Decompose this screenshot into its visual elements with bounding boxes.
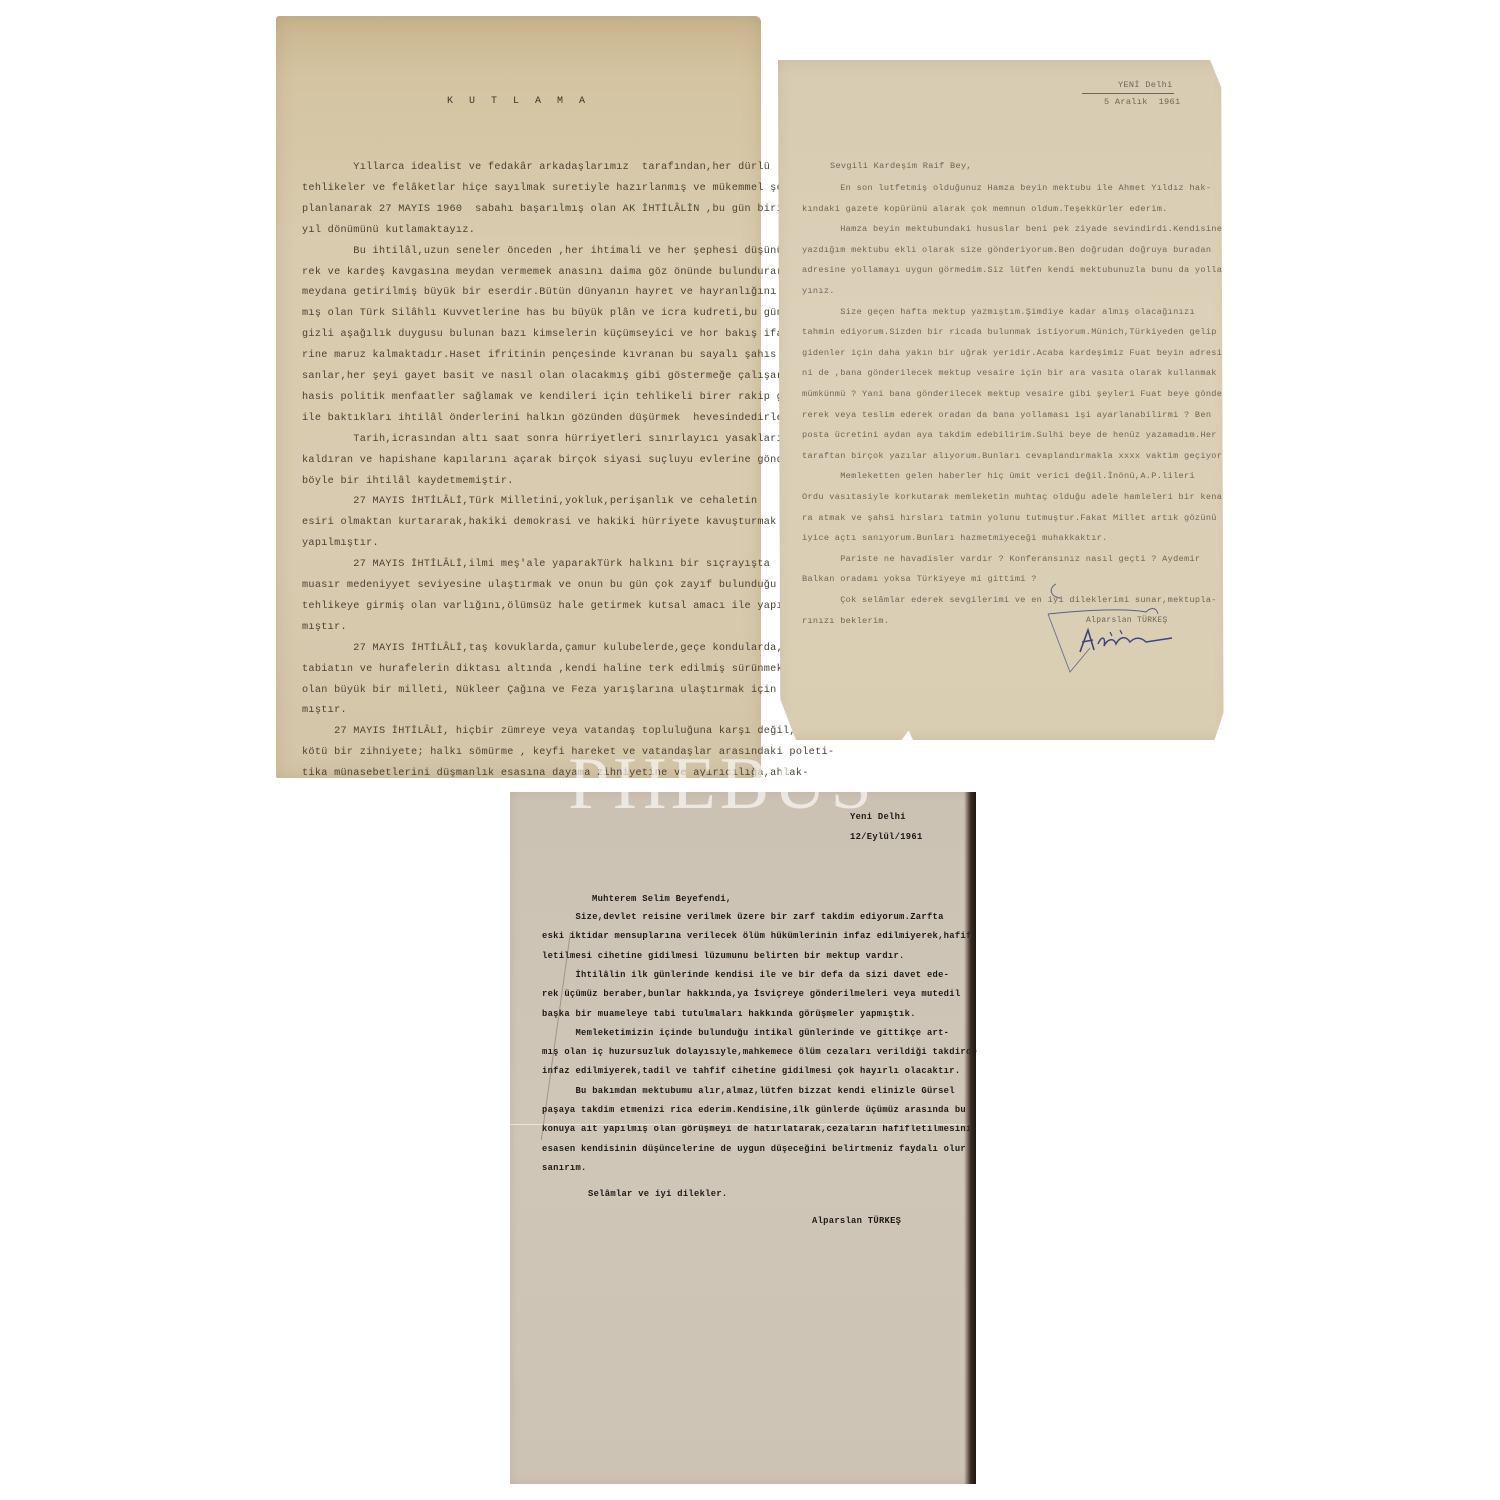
text-line: Pariste ne havadisler vardır ? Konferans… <box>802 554 1200 564</box>
text-line: Tarih,icrasından altı saat sonra hürriye… <box>302 434 783 445</box>
text-line: paşaya takdim etmenizi rica ederim.Kendi… <box>542 1105 966 1115</box>
text-line: Bu bakımdan mektubumu alır,almaz,lütfen … <box>542 1086 955 1096</box>
text-line: böyle bir ihtilâl kaydetmemiştir. <box>302 476 514 487</box>
text-line: tahmin ediyorum.Sizden bir ricada bulunm… <box>802 327 1217 337</box>
letter-selim-beyefendi: Yeni Delhi 12/Eylül/1961 Muhterem Selim … <box>510 792 976 1484</box>
text-line: tehlikeye girmiş olan varlığını,ölümsüz … <box>302 601 796 612</box>
text-line: Size geçen hafta mektup yazmıştım.Şimdiy… <box>802 307 1195 317</box>
text-line: mış olan Türk Silâhlı Kuvvetlerine has b… <box>302 308 828 319</box>
text-line: esasen kendisinin düşüncelerine de uygun… <box>542 1144 966 1154</box>
pen-mark-icon <box>1038 580 1078 610</box>
text-line: kaldıran ve hapishane kapılarını açarak … <box>302 455 809 466</box>
text-line: Memleketimizin içinde bulunduğu intikal … <box>542 1028 949 1038</box>
place-underline <box>1082 93 1174 94</box>
text-line: planlanarak 27 MAYIS 1960 sabahı başarıl… <box>302 204 802 215</box>
text-line: kındaki gazete kopürünü alarak çok memnu… <box>802 204 1168 214</box>
letter-date: 12/Eylül/1961 <box>850 832 923 842</box>
letter-raif-bey: YENİ Delhi 5 Aralık 1961 Sevgili Kardeşi… <box>778 60 1228 740</box>
text-line: Bu ihtilâl,uzun seneler önceden ,her iht… <box>302 246 809 257</box>
letter-salutation: Sevgili Kardeşim Raif Bey, <box>830 161 972 171</box>
text-line: Yıllarca idealist ve fedakâr arkadaşları… <box>302 162 770 173</box>
text-line: rek üçümüz beraber,bunlar hakkında,ya İs… <box>542 989 960 999</box>
text-line: yapılmıştır. <box>302 538 379 549</box>
text-line: 27 MAYIS İHTİLÂLİ,ilmi meş'ale yaparakTü… <box>302 559 770 570</box>
text-line: Memleketten gelen haberler hiç ümit veri… <box>802 471 1195 481</box>
text-line: hasis politik menfaatler sağlamak ve ken… <box>302 392 802 403</box>
letter-date: 5 Aralık 1961 <box>1104 97 1180 107</box>
text-line: meydana getirilmiş büyük bir eserdir.Büt… <box>302 287 822 298</box>
text-line: kötü bir zihniyete; halkı sömürme , keyf… <box>302 747 834 758</box>
text-line: rek ve kardeş kavgasına meydan vermemek … <box>302 267 796 278</box>
text-line: infaz edilmiyerek,tadil ve tahfif ciheti… <box>542 1066 960 1076</box>
document-kutlama: K U T L A M A Yıllarca idealist ve fedak… <box>276 16 761 778</box>
letter-place: YENİ Delhi <box>1118 80 1173 90</box>
text-line: tika münasebetlerini düşmanlık esasına d… <box>302 768 809 779</box>
text-line: Çok selâmlar ederek sevgilerimi ve en iy… <box>802 595 1217 605</box>
text-line: posta ücretini aydan aya takdim edebilir… <box>802 430 1217 440</box>
text-line: En son lutfetmiş olduğunuz Hamza beyin m… <box>802 183 1211 193</box>
text-line: rerek veya teslim ederek oradan da bana … <box>802 410 1211 420</box>
letter-closing: Selâmlar ve iyi dilekler. <box>588 1189 727 1199</box>
text-line: mıştır. <box>302 705 347 716</box>
text-line: tehlikeler ve felâketlar hiçe sayılmak s… <box>302 183 815 194</box>
text-line: letilmesi cihetine gidilmesi lüzumunu be… <box>542 951 905 961</box>
letter-salutation: Muhterem Selim Beyefendi, <box>592 894 731 904</box>
text-line: taraftan birçok yazılar alıyorum.Bunları… <box>802 451 1228 461</box>
text-line: eski iktidar mensuplarına verilecek ölüm… <box>542 931 972 941</box>
text-line: mıştır. <box>302 622 347 633</box>
text-line: gizli aşağılık duygusu bulunan bazı kims… <box>302 329 828 340</box>
text-line: sanlar,her şeyi gayet basit ve nasıl ola… <box>302 371 796 382</box>
text-line: mış olan iç huzursuzluk dolayısıyle,mahk… <box>542 1047 977 1057</box>
letter-place: Yeni Delhi <box>850 812 906 822</box>
text-line: yazdığım mektubu ekli olarak size gönder… <box>802 245 1211 255</box>
text-line: konuya ait yapılmış olan görüşmeyi de ha… <box>542 1124 972 1134</box>
text-line: rınızı beklerim. <box>802 616 889 626</box>
text-line: tabiatın ve hurafelerin diktası altında … <box>302 664 796 675</box>
text-line: olan büyük bir milleti, Nükleer Çağına v… <box>302 685 822 696</box>
text-line: mümkünmü ? Yani bana gönderilecek mektup… <box>802 389 1228 399</box>
text-line: adresine yollamayı uygun görmedim.Siz lü… <box>802 265 1228 275</box>
document-title: K U T L A M A <box>276 96 761 107</box>
text-line: ile baktıkları ihtilâl önderlerini halkı… <box>302 413 796 424</box>
text-line: başka bir muameleye tabi tutulmaları hak… <box>542 1009 916 1019</box>
typed-signature: Alparslan TÜRKEŞ <box>812 1216 901 1226</box>
text-line: 27 MAYIS İHTİLÂLİ,Türk Milletini,yokluk,… <box>302 496 757 507</box>
paper-fold <box>510 1124 976 1125</box>
text-line: ni de ,bana gönderilecek mektup vesaire … <box>802 368 1217 378</box>
text-line: Balkan oradamı yoksa Türkiyeye mi gittim… <box>802 574 1037 584</box>
text-line: yınız. <box>802 286 835 296</box>
text-line: 27 MAYIS İHTİLÂLİ,taş kovuklarda,çamur k… <box>302 643 783 654</box>
text-line: muasır medeniyyet seviyesine ulaştırmak … <box>302 580 809 591</box>
text-line: iyice açtı sanıyorum.Bunları hazmetmiyec… <box>802 533 1108 543</box>
text-line: Ordu vasıtasiyle korkutarak memleketin m… <box>802 492 1228 502</box>
text-line: 27 MAYIS İHTİLÂLİ, hiçbir zümreye veya v… <box>302 726 796 737</box>
handwritten-signature-icon <box>1046 608 1196 680</box>
text-line: rine maruz kalmaktadır.Haset ifritinin p… <box>302 350 834 361</box>
text-line: yıl dönümünü kutlamaktayız. <box>302 225 475 236</box>
text-line: ra atmak ve şahsi hırsları tatmin yolunu… <box>802 513 1217 523</box>
text-line: İhtilâlin ilk günlerinde kendisi ile ve … <box>542 970 949 980</box>
text-line: esiri olmaktan kurtararak,hakiki demokra… <box>302 517 809 528</box>
text-line: Size,devlet reisine verilmek üzere bir z… <box>542 912 944 922</box>
text-line: Hamza beyin mektubundaki hususlar beni p… <box>802 224 1222 234</box>
text-line: gidenler için daha yakın bir uğrak yerid… <box>802 348 1228 358</box>
text-line: sanırım. <box>542 1163 587 1173</box>
